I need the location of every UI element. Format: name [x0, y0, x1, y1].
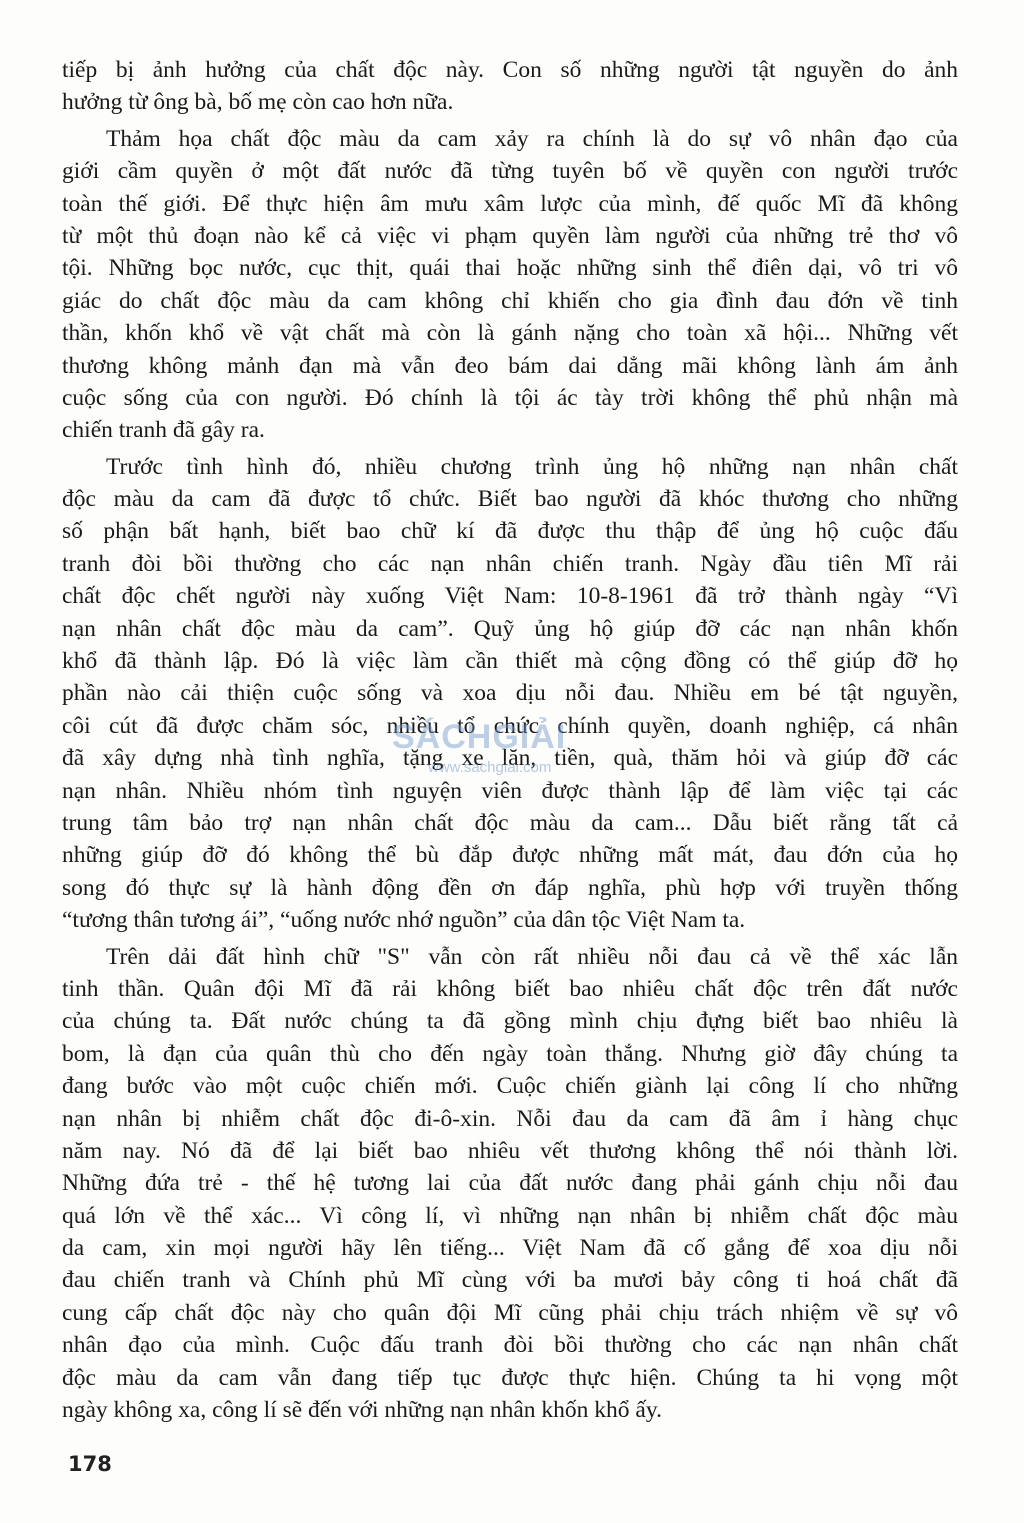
text-line: cung cấp chất độc này cho quân đội Mĩ cũ… [62, 1297, 958, 1329]
text-line: giới cầm quyền ở một đất nước đã từng tu… [62, 155, 958, 187]
paragraph: tiếp bị ảnh hưởng của chất độc này. Con … [62, 54, 958, 119]
text-line: Thảm họa chất độc màu da cam xảy ra chín… [62, 123, 958, 155]
text-line: nhân đạo của mình. Cuộc đấu tranh đòi bồ… [62, 1329, 958, 1361]
text-line: Trước tình hình đó, nhiều chương trình ủ… [62, 451, 958, 483]
text-line: tội. Những bọc nước, cục thịt, quái thai… [62, 252, 958, 284]
text-line: cuộc sống của con người. Đó chính là tội… [62, 382, 958, 414]
text-line: những giúp đỡ đó không thể bù đắp được n… [62, 839, 958, 871]
page-number: 178 [68, 1452, 112, 1476]
text-line: từ một thủ đoạn nào kể cả việc vi phạm q… [62, 220, 958, 252]
text-line: Những đứa trẻ - thế hệ tương lai của đất… [62, 1167, 958, 1199]
text-line: thương không mảnh đạn mà vẫn đeo bám dai… [62, 350, 958, 382]
text-line: Trên dải đất hình chữ "S" vẫn còn rất nh… [62, 941, 958, 973]
text-line: nạn nhân bị nhiễm chất độc đi-ô-xin. Nỗi… [62, 1103, 958, 1135]
text-line: hưởng từ ông bà, bố mẹ còn cao hơn nữa. [62, 86, 958, 118]
text-line: đau chiến tranh và Chính phủ Mĩ cùng với… [62, 1264, 958, 1296]
text-line: số phận bất hạnh, biết bao chữ kí đã đượ… [62, 515, 958, 547]
text-line: tinh thần. Quân đội Mĩ đã rải không biết… [62, 973, 958, 1005]
text-line: giác do chất độc màu da cam không chỉ kh… [62, 285, 958, 317]
text-line: đang bước vào một cuộc chiến mới. Cuộc c… [62, 1070, 958, 1102]
text-line: “tương thân tương ái”, “uống nước nhớ ng… [62, 904, 958, 936]
text-line: khổ đã thành lập. Đó là việc làm cần thi… [62, 645, 958, 677]
paragraph: Trước tình hình đó, nhiều chương trình ủ… [62, 451, 958, 937]
paragraph: Thảm họa chất độc màu da cam xảy ra chín… [62, 123, 958, 447]
text-line: chất độc chết người này xuống Việt Nam: … [62, 580, 958, 612]
text-line: độc màu da cam đã được tổ chức. Biết bao… [62, 483, 958, 515]
text-line: ngày không xa, công lí sẽ đến với những … [62, 1394, 958, 1426]
text-line: bom, là đạn của quân thù cho đến ngày to… [62, 1038, 958, 1070]
book-page: tiếp bị ảnh hưởng của chất độc này. Con … [0, 0, 1024, 1523]
text-line: thần, khốn khổ về vật chất mà còn là gán… [62, 317, 958, 349]
text-line: song đó thực sự là hành động đền ơn đáp … [62, 872, 958, 904]
text-line: quá lớn về thể xác... Vì công lí, vì nhữ… [62, 1200, 958, 1232]
text-line: nạn nhân. Nhiều nhóm tình nguyện viên đư… [62, 775, 958, 807]
text-line: phần nào cải thiện cuộc sống và xoa dịu … [62, 677, 958, 709]
text-line: năm nay. Nó đã để lại biết bao nhiêu vết… [62, 1135, 958, 1167]
text-line: côi cút đã được chăm sóc, nhiều tổ chức … [62, 710, 958, 742]
text-line: tiếp bị ảnh hưởng của chất độc này. Con … [62, 54, 958, 86]
text-line: trung tâm bảo trợ nạn nhân chất độc màu … [62, 807, 958, 839]
text-line: độc màu da cam vẫn đang tiếp tục được th… [62, 1362, 958, 1394]
text-line: chiến tranh đã gây ra. [62, 414, 958, 446]
text-line: tranh đòi bồi thường cho các nạn nhân ch… [62, 548, 958, 580]
text-line: đã xây dựng nhà tình nghĩa, tặng xe lăn,… [62, 742, 958, 774]
text-line: da cam, xin mọi người hãy lên tiếng... V… [62, 1232, 958, 1264]
text-line: toàn thế giới. Để thực hiện âm mưu xâm l… [62, 188, 958, 220]
text-line: nạn nhân chất độc màu da cam”. Quỹ ủng h… [62, 613, 958, 645]
text-line: của chúng ta. Đất nước chúng ta đã gồng … [62, 1005, 958, 1037]
body-text: tiếp bị ảnh hưởng của chất độc này. Con … [62, 54, 958, 1426]
paragraph: Trên dải đất hình chữ "S" vẫn còn rất nh… [62, 941, 958, 1427]
